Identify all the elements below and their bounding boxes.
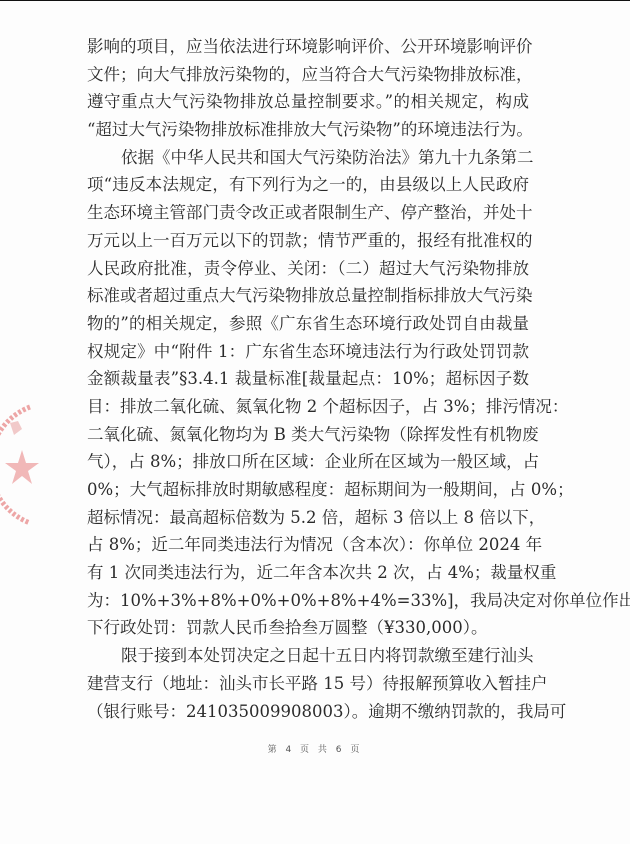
text-line: 0%；大气超标排放时期敏感程度：超标期间为一般期间，占 0%； — [87, 476, 529, 504]
text-line: 影响的项目，应当依法进行环境影响评价、公开环境影响评价 — [87, 33, 529, 61]
text-line: 建营支行（地址：汕头市长平路 15 号）待报解预算收入暂挂户 — [87, 670, 529, 698]
text-line: 权规定》中“附件 1：广东省生态环境违法行为行政处罚罚款 — [87, 338, 529, 366]
text-line: “超过大气污染物排放标准排放大气污染物”的环境违法行为。 — [87, 116, 529, 144]
page-number: 第 4 页 共 6 页 — [0, 742, 630, 755]
text-line: 有 1 次同类违法行为，近二年含本次共 2 次，占 4%；裁量权重 — [87, 559, 529, 587]
text-line: 物的”的相关规定，参照《广东省生态环境行政处罚自由裁量 — [87, 310, 529, 338]
paragraph-start-line: 限于接到本处罚决定之日起十五日内将罚款缴至建行汕头 — [87, 642, 529, 670]
text-line: 气），占 8%；排放口所在区域：企业所在区域为一般区域，占 — [87, 448, 529, 476]
text-line: 占 8%；近二年同类违法行为情况（含本次）：你单位 2024 年 — [87, 531, 529, 559]
text-line: 项“违反本法规定，有下列行为之一的，由县级以上人民政府 — [87, 171, 529, 199]
text-line: 人民政府批准，责令停业、关闭：（二）超过大气污染物排放 — [87, 255, 529, 283]
text-line: 文件；向大气排放污染物的，应当符合大气污染物排放标准， — [87, 61, 529, 89]
text-line: 金额裁量表”§3.4.1 裁量标准[裁量起点：10%；超标因子数 — [87, 365, 529, 393]
text-line: 万元以上一百万元以下的罚款；情节严重的，报经有批准权的 — [87, 227, 529, 255]
penalty-amount-line: 下行政处罚：罚款人民币叁拾叁万圆整（¥330,000）。 — [87, 614, 529, 642]
bank-account-line: （银行账号：241035009908003）。逾期不缴纳罚款的，我局可 — [87, 698, 529, 726]
official-seal-stamp-icon — [0, 395, 40, 535]
body-text: 影响的项目，应当依法进行环境影响评价、公开环境影响评价 文件；向大气排放污染物的… — [87, 33, 529, 725]
paragraph-start-line: 依据《中华人民共和国大气污染防治法》第九十九条第二 — [87, 144, 529, 172]
text-line: 标准或者超过重点大气污染物排放总量控制指标排放大气污染 — [87, 282, 529, 310]
text-line: 超标情况：最高超标倍数为 5.2 倍，超标 3 倍以上 8 倍以下， — [87, 504, 529, 532]
text-line: 生态环境主管部门责令改正或者限制生产、停产整治，并处十 — [87, 199, 529, 227]
document-page: 影响的项目，应当依法进行环境影响评价、公开环境影响评价 文件；向大气排放污染物的… — [0, 0, 630, 844]
text-line: 目：排放二氧化硫、氮氧化物 2 个超标因子，占 3%；排污情况： — [87, 393, 529, 421]
text-line: 二氧化硫、氮氧化物均为 B 类大气污染物（除挥发性有机物废 — [87, 421, 529, 449]
text-line: 遵守重点大气污染物排放总量控制要求。”的相关规定，构成 — [87, 88, 529, 116]
text-line: 为：10%+3%+8%+0%+0%+8%+4%=33%]，我局决定对你单位作出如 — [87, 587, 529, 615]
